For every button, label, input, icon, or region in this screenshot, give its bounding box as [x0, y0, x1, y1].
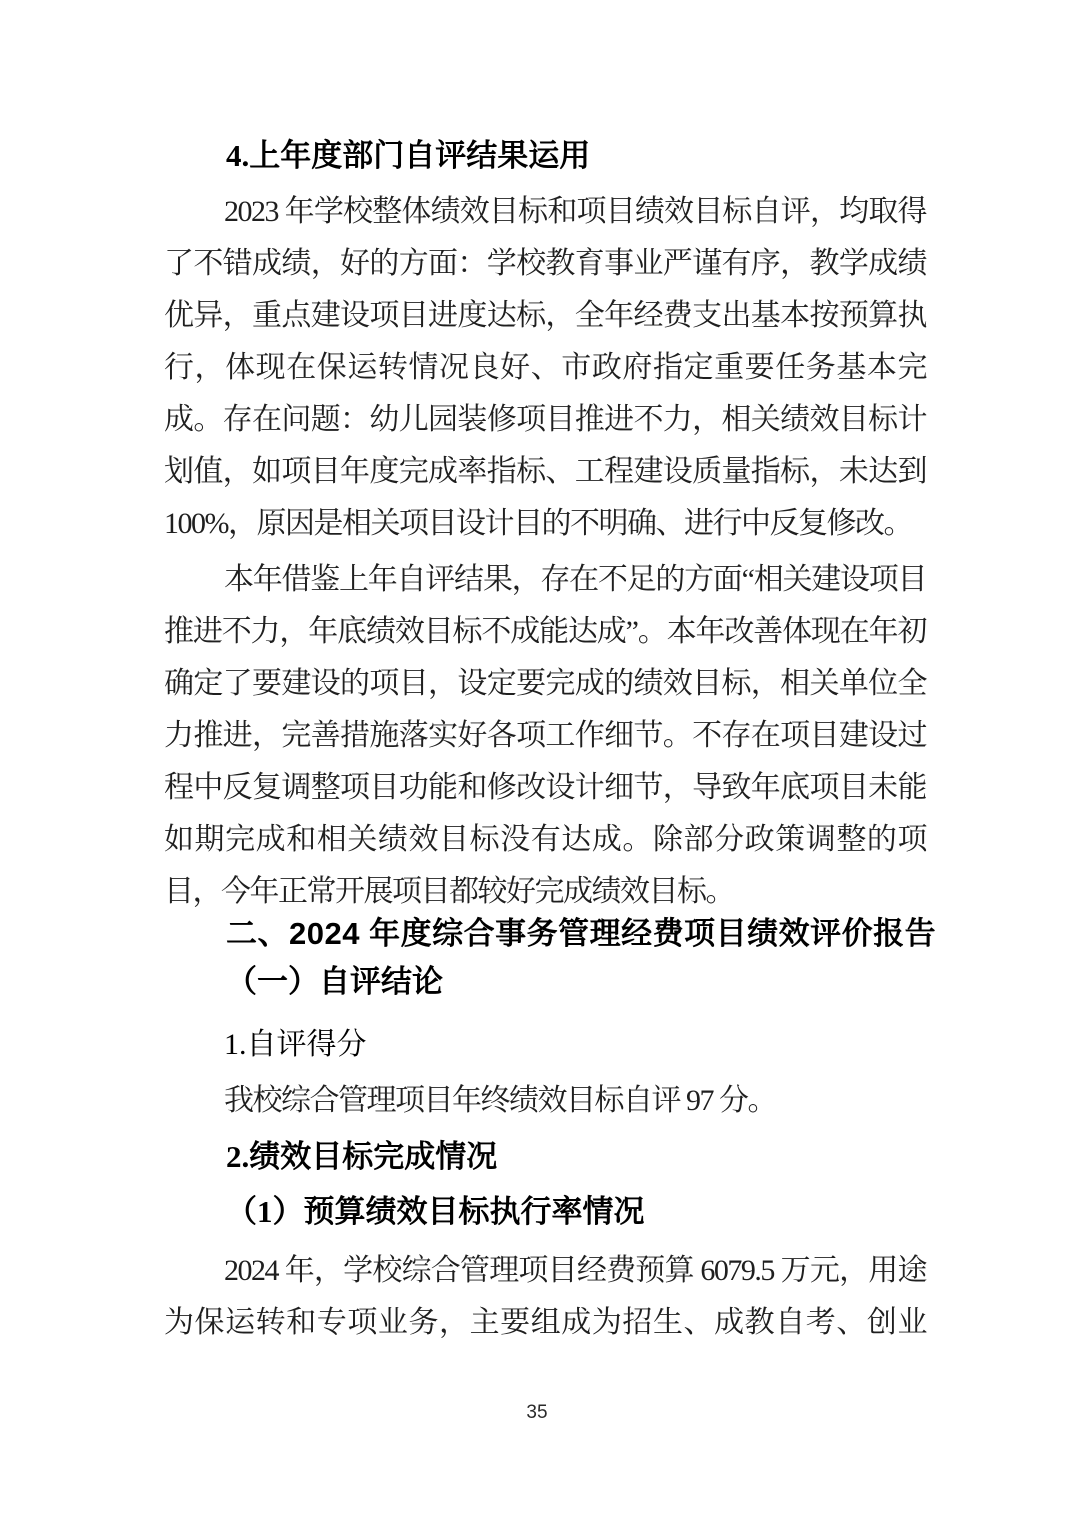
paragraph-this-year-improvement: 本年借鉴上年自评结果，存在不足的方面“相关建设项目推进不力，年底绩效目标不成能达… [164, 554, 926, 918]
heading-self-eval-score: 1.自评得分 [164, 1019, 926, 1071]
paragraph-2024-budget: 2024 年，学校综合管理项目经费预算 6079.5 万元，用途为保运转和专项业… [164, 1245, 926, 1349]
document-page: 4.上年度部门自评结果运用 2023 年学校整体绩效目标和项目绩效目标自评，均取… [0, 0, 1074, 1520]
heading-goal-completion: 2.绩效目标完成情况 [164, 1131, 926, 1183]
paragraph-self-eval-score: 我校综合管理项目年终绩效目标自评 97 分。 [164, 1075, 926, 1127]
heading-2024-report-title: 二、2024 年度综合事务管理经费项目绩效评价报告 [164, 908, 926, 960]
heading-self-eval-conclusion: （一）自评结论 [164, 956, 926, 1008]
paragraph-2023-self-eval: 2023 年学校整体绩效目标和项目绩效目标自评，均取得了不错成绩，好的方面：学校… [164, 186, 926, 550]
heading-budget-execution-rate: （1）预算绩效目标执行率情况 [164, 1186, 926, 1238]
heading-prev-year-self-eval-usage: 4.上年度部门自评结果运用 [164, 130, 926, 182]
page-number: 35 [0, 1400, 1074, 1426]
